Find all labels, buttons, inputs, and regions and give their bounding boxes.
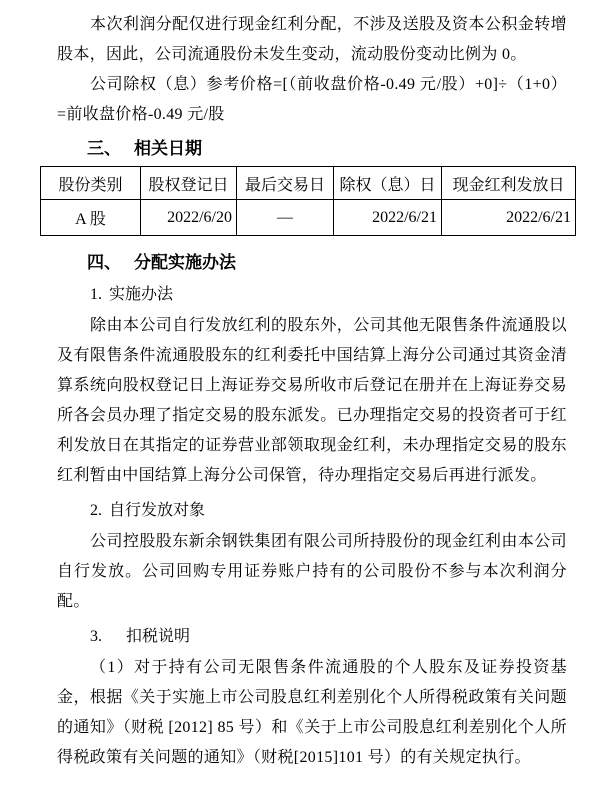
section-3-number: 三、 (87, 139, 121, 158)
item-2-title: 自行发放对象 (109, 502, 205, 519)
related-dates-table: 股份类别 股权登记日 最后交易日 除权（息）日 现金红利发放日 A 股 2022… (40, 166, 576, 236)
section-4-title: 分配实施办法 (134, 253, 236, 272)
col-header-payment-date: 现金红利发放日 (442, 167, 576, 200)
item-1-title: 实施办法 (109, 286, 173, 303)
item-2-heading: 2.自行发放对象 (90, 498, 567, 524)
cell-exright-date: 2022/6/21 (334, 200, 442, 236)
section-3-heading: 三、相关日期 (87, 137, 567, 161)
paragraph-cash-dividend-note: 本次利润分配仅进行现金红利分配，不涉及送股及资本公积金转增股本，因此，公司流通股… (57, 10, 567, 70)
item-1-paragraph: 除由本公司自行发放红利的股东外，公司其他无限售条件流通股以及有限售条件流通股股东… (57, 311, 567, 491)
item-2-number: 2. (90, 502, 102, 519)
item-3-heading: 3.扣税说明 (90, 624, 567, 650)
item-2-paragraph: 公司控股股东新余钢铁集团有限公司所持股份的现金红利由本公司自行发放。公司回购专用… (57, 527, 567, 617)
table-row-a-share: A 股 2022/6/20 — 2022/6/21 2022/6/21 (41, 200, 576, 236)
col-header-share-class: 股份类别 (41, 167, 141, 200)
item-1-heading: 1.实施办法 (90, 282, 567, 308)
table-header-row: 股份类别 股权登记日 最后交易日 除权（息）日 现金红利发放日 (41, 167, 576, 200)
col-header-record-date: 股权登记日 (141, 167, 237, 200)
document-page: 本次利润分配仅进行现金红利分配，不涉及送股及资本公积金转增股本，因此，公司流通股… (0, 0, 601, 798)
col-header-last-trading-date: 最后交易日 (237, 167, 334, 200)
item-tax-withholding-note: 3.扣税说明 （1）对于持有公司无限售条件流通股的个人股东及证券投资基金，根据《… (57, 624, 567, 773)
item-3-number: 3. (90, 628, 102, 645)
section-4-number: 四、 (87, 253, 121, 272)
item-1-number: 1. (90, 286, 102, 303)
col-header-exright-date: 除权（息）日 (334, 167, 442, 200)
cell-payment-date: 2022/6/21 (442, 200, 576, 236)
paragraph-exright-price-formula: 公司除权（息）参考价格=[（前收盘价格-0.49 元/股）+0]÷（1+0）=前… (57, 70, 567, 130)
item-3-paragraph: （1）对于持有公司无限售条件流通股的个人股东及证券投资基金，根据《关于实施上市公… (57, 653, 567, 773)
item-implementation-method: 1.实施办法 除由本公司自行发放红利的股东外，公司其他无限售条件流通股以及有限售… (57, 282, 567, 491)
cell-share-class: A 股 (41, 200, 141, 236)
item-3-title: 扣税说明 (126, 628, 190, 645)
cell-last-trading-date: — (237, 200, 334, 236)
section-4-heading: 四、分配实施办法 (87, 251, 567, 275)
section-3-title: 相关日期 (134, 139, 202, 158)
item-self-distribution-target: 2.自行发放对象 公司控股股东新余钢铁集团有限公司所持股份的现金红利由本公司自行… (57, 498, 567, 617)
cell-record-date: 2022/6/20 (141, 200, 237, 236)
